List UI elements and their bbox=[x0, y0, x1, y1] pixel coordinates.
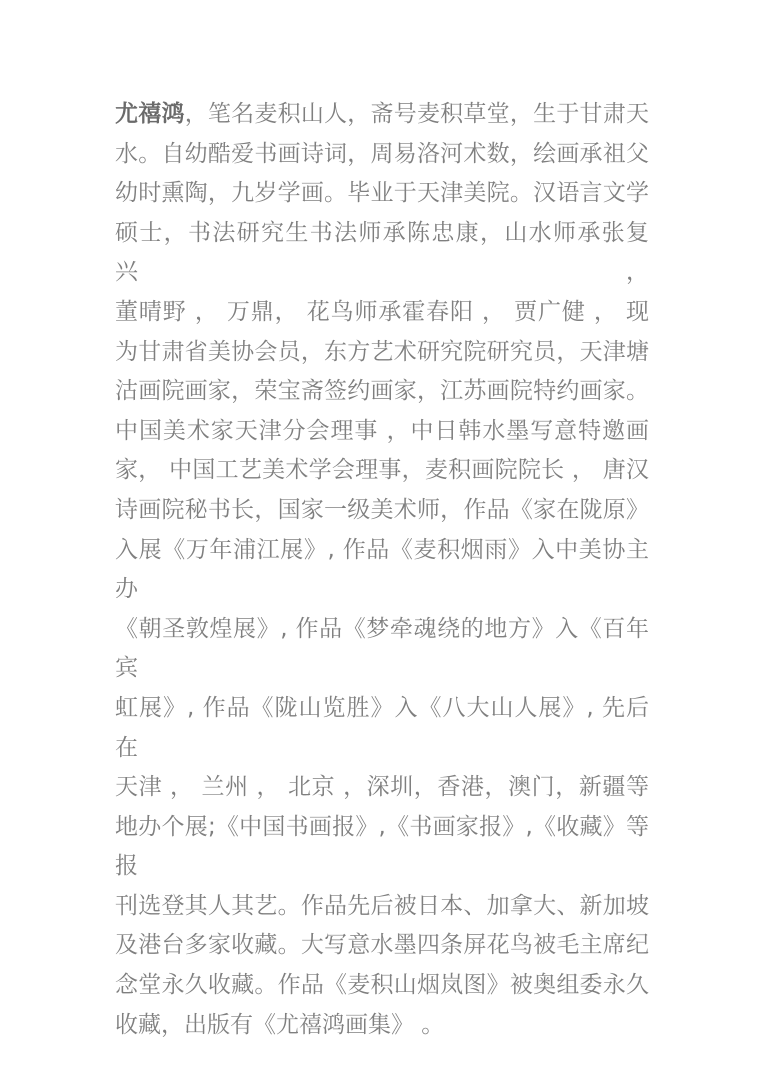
text-line: 中国美术家天津分会理事 ，中日韩水墨写意特邀画 bbox=[115, 412, 649, 452]
text-line: 家， 中国工艺美术学会理事，麦积画院院长 ， 唐汉 bbox=[115, 451, 649, 491]
text-line: 收藏，出版有《尤禧鸿画集》 。 bbox=[115, 1006, 649, 1046]
text-line: 刊选登其人其艺。作品先后被日本、加拿大、新加坡 bbox=[115, 887, 649, 927]
text-line: 水。自幼酷爱书画诗词，周易洛河术数，绘画承祖父 bbox=[115, 135, 649, 175]
text-line: 尤禧鸿，笔名麦积山人，斋号麦积草堂，生于甘肃天 bbox=[115, 95, 649, 135]
text-line: 沽画院画家，荣宝斋签约画家，江苏画院特约画家。 bbox=[115, 372, 649, 412]
document-page: 尤禧鸿，笔名麦积山人，斋号麦积草堂，生于甘肃天 水。自幼酷爱书画诗词，周易洛河术… bbox=[0, 0, 763, 1080]
text-line: 为甘肃省美协会员，东方艺术研究院研究员，天津塘 bbox=[115, 333, 649, 373]
text-line: 诗画院秘书长，国家一级美术师，作品《家在陇原》 bbox=[115, 491, 649, 531]
text-line: 天津 ， 兰州 ， 北京 ，深圳，香港，澳门，新疆等 bbox=[115, 768, 649, 808]
artist-name: 尤禧鸿 bbox=[115, 101, 185, 127]
text-line: 幼时熏陶，九岁学画。毕业于天津美院。汉语言文学 bbox=[115, 174, 649, 214]
biography-paragraph: 尤禧鸿，笔名麦积山人，斋号麦积草堂，生于甘肃天 水。自幼酷爱书画诗词，周易洛河术… bbox=[115, 95, 649, 1045]
text-line: 《朝圣敦煌展》, 作品《梦牵魂绕的地方》入《百年宾 bbox=[115, 610, 649, 689]
text-line: 董晴野 ， 万鼎， 花鸟师承霍春阳 ， 贾广健 ， 现 bbox=[115, 293, 649, 333]
text-line: 念堂永久收藏。作品《麦积山烟岚图》被奥组委永久 bbox=[115, 966, 649, 1006]
text-line: 硕士，书法研究生书法师承陈忠康，山水师承张复兴， bbox=[115, 214, 649, 293]
text-run: ，笔名麦积山人，斋号麦积草堂，生于甘肃天 bbox=[185, 101, 649, 127]
text-line: 及港台多家收藏。大写意水墨四条屏花鸟被毛主席纪 bbox=[115, 926, 649, 966]
text-line: 入展《万年浦江展》, 作品《麦积烟雨》入中美协主办 bbox=[115, 531, 649, 610]
text-line: 虹展》, 作品《陇山览胜》入《八大山人展》, 先后在 bbox=[115, 689, 649, 768]
text-line: 地办个展;《中国书画报》,《书画家报》,《收藏》等报 bbox=[115, 808, 649, 887]
